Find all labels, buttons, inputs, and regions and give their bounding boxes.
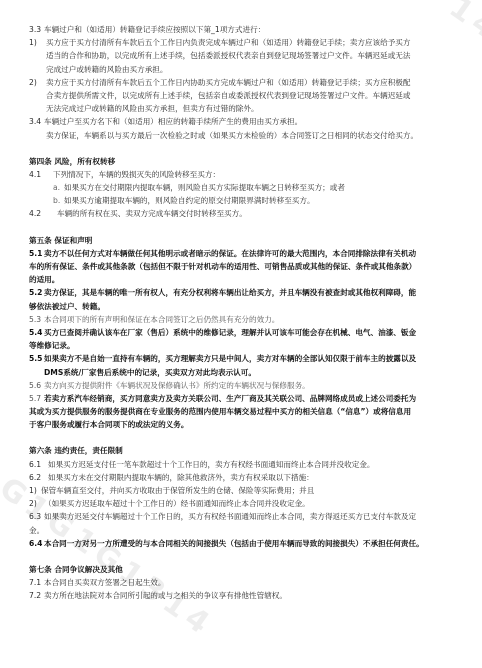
clause-text: 本合同项下的所有声明和保证在本合同签订之后仍然具有充分的效力。 [44, 315, 279, 324]
item-text: 如果买方逾期提取车辆的，则风险自约定的原交付期限界满时转移至买方。 [64, 196, 315, 205]
clause-3-3-item-2: 2)卖方应于买方付清所有车款后五个工作日内协助买方完成车辆过户和（如适用）转籍登… [29, 76, 457, 116]
clause-text: 本合同自买卖双方签署之日起生效。 [44, 578, 166, 587]
item-text: 卖方应于买方付清所有车款后五个工作日内协助买方完成车辆过户和（如适用）转籍登记手… [46, 78, 411, 87]
clause-text: 本合同一方对另一方所遭受的与本合同相关的间接损失（包括由于使用车辆而导致的间接损… [44, 539, 424, 548]
clause-number: 3.4 [29, 115, 44, 128]
contract-page: 3.3车辆过户和（如适用）转籍登记手续应按照以下第_1项方式进行： 1)买方应于… [29, 23, 457, 603]
item-text: 无法完成过户或转籍的风险由买方承担，但卖方有过错的除外。 [29, 102, 457, 115]
section-4-title: 第四条 风险，所有权转移 [29, 155, 457, 168]
item-letter: b. [53, 194, 64, 207]
clause-5-2: 5.2卖方保证，其是车辆的唯一所有权人，有充分权利将车辆出让给买方，并且车辆没有… [29, 286, 457, 312]
clause-number: 5.4 [29, 326, 44, 339]
clause-number: 7.1 [29, 576, 44, 589]
clause-text: 车辆的所有权在买、卖双方完成车辆交付时转移至买方。 [57, 209, 247, 218]
clause-text: 金。 [29, 524, 457, 537]
clause-5-1: 5.1卖方不以任何方式对车辆做任何其他明示或者暗示的保证。在法律许可的最大范围内… [29, 247, 457, 287]
clause-3-4: 3.4车辆过户至买方名下和（如适用）相应的转籍手续所产生的费用由买方承担。 [29, 115, 457, 128]
clause-text: 卖方不以任何方式对车辆做任何其他明示或者暗示的保证。在法律许可的最大范围内，本合… [44, 249, 416, 258]
clause-7-2: 7.2卖方所在地法院对本合同所引起的或与之相关的争议享有排他性管辖权。 [29, 589, 457, 602]
clause-text: 如果卖方不是自始一直持有车辆的，买方理解卖方只是中间人，卖方对车辆的全部认知仅限… [44, 354, 416, 363]
clause-text: 如果买方迟延支付任一笔车款超过十个工作日的，卖方有权经书面通知而终止本合同并没收… [48, 460, 375, 469]
clause-text: 车的所有保证、条件或其他条款（包括但不限于针对机动车的适用性、可销售品质或其他的… [29, 260, 457, 273]
clause-text: 买方已查阅并确认该车在厂家（售后）系统中的维修记录，理解并认可该车可能会存在机械… [44, 328, 416, 337]
clause-number: 5.3 [29, 313, 44, 326]
clause-number: 6.4 [29, 537, 44, 550]
clause-4-1-a: a.如果买方在交付期限内提取车辆，则风险自买方实际提取车辆之日转移至买方；或者 [29, 181, 457, 194]
clause-number: 6.3 [29, 510, 44, 523]
clause-4-1-b: b.如果买方逾期提取车辆的，则风险自约定的原交付期限界满时转移至买方。 [29, 194, 457, 207]
clause-text: DMS系统/厂家售后系统中的记录，买卖双方对此均表示认可。 [29, 366, 457, 379]
clause-4-1: 4.1下列情况下，车辆的毁损灭失的风险转移至买方： [29, 168, 457, 181]
clause-text: 等维修记录。 [29, 339, 457, 352]
clause-text: 卖方向买方提供附件《车辆状况及保修确认书》所约定的车辆状况与保修服务。 [44, 381, 310, 390]
item-number: 2) [29, 76, 46, 89]
section-7-title: 第七条 合同争议解决及其他 [29, 563, 457, 576]
clause-text: 若卖方系汽车经销商，买方同意卖方及卖方关联公司、生产厂商及其关联公司、品牌网络成… [44, 394, 416, 403]
clause-6-3: 6.3如果卖方迟延交付车辆超过十个工作日的，买方有权经书面通知而终止本合同，卖方… [29, 510, 457, 536]
item-number: 1) [29, 484, 41, 497]
clause-text: 的适用。 [29, 273, 457, 286]
clause-6-1: 6.1如果买方迟延支付任一笔车款超过十个工作日的，卖方有权经书面通知而终止本合同… [29, 458, 457, 471]
clause-number: 4.2 [29, 207, 57, 220]
item-number: 2) [29, 497, 44, 510]
clause-text: 如果买方未在交付期限内提取车辆的，除其他救济外，卖方有权采取以下措施： [48, 473, 314, 482]
item-text: 完成过户或转籍的风险由买方承担。 [29, 63, 457, 76]
clause-text: 于客户服务或履行本合同项下的或法定的义务。 [29, 418, 457, 431]
clause-6-2: 6.2如果买方未在交付期限内提取车辆的，除其他救济外，卖方有权采取以下措施： [29, 471, 457, 484]
clause-text: 车辆过户和（如适用）转籍登记手续应按照以下第_1项方式进行： [44, 25, 265, 34]
clause-number: 6.1 [29, 458, 48, 471]
section-5-title: 第五条 保证和声明 [29, 234, 457, 247]
clause-number: 5.2 [29, 286, 44, 299]
clause-5-3: 5.3本合同项下的所有声明和保证在本合同签订之后仍然具有充分的效力。 [29, 313, 457, 326]
clause-number: 5.7 [29, 392, 44, 405]
item-text: （如果买方迟延取车超过十个工作日的）经书面通知而终止本合同并没收定金。 [44, 499, 310, 508]
clause-text: 其或为买方提供服务的服务提供商在专业服务的范围内使用车辆交易过程中买方的相关信息… [29, 405, 457, 418]
clause-text: 下列情况下，车辆的毁损灭失的风险转移至买方： [53, 170, 220, 179]
clause-6-2-item-2: 2)（如果买方迟延取车超过十个工作日的）经书面通知而终止本合同并没收定金。 [29, 497, 457, 510]
item-number: 1) [29, 36, 46, 49]
clause-number: 3.3 [29, 23, 44, 36]
item-text: 如果买方在交付期限内提取车辆，则风险自买方实际提取车辆之日转移至买方；或者 [64, 183, 345, 192]
clause-number: 5.5 [29, 352, 44, 365]
seller-guarantee-text: 卖方保证，车辆系以与买方最后一次检验之时或（如果买方未检验的）本合同签订之日相同… [29, 129, 457, 142]
section-6-title: 第六条 违约责任，责任限制 [29, 444, 457, 457]
clause-text: 够依法被过户、转籍。 [29, 300, 457, 313]
clause-5-5: 5.5如果卖方不是自始一直持有车辆的，买方理解卖方只是中间人，卖方对车辆的全部认… [29, 352, 457, 378]
clause-5-4: 5.4买方已查阅并确认该车在厂家（售后）系统中的维修记录，理解并认可该车可能会存… [29, 326, 457, 352]
item-letter: a. [53, 181, 64, 194]
clause-number: 4.1 [29, 168, 53, 181]
item-text: 合卖方提供所需文件，以完成所有上述手续，包括亲自或委派授权代表到登记现场签署过户… [29, 89, 457, 102]
clause-4-2: 4.2车辆的所有权在买、卖双方完成车辆交付时转移至买方。 [29, 207, 457, 220]
clause-6-4: 6.4本合同一方对另一方所遭受的与本合同相关的间接损失（包括由于使用车辆而导致的… [29, 537, 457, 550]
clause-text: 卖方所在地法院对本合同所引起的或与之相关的争议享有排他性管辖权。 [44, 591, 287, 600]
clause-text: 卖方保证，其是车辆的唯一所有权人，有充分权利将车辆出让给买方，并且车辆没有被查封… [44, 288, 416, 297]
clause-6-2-item-1: 1)保管车辆直至交付，并向买方收取由于保管所发生的仓储、保险等实际费用；并且 [29, 484, 457, 497]
clause-number: 6.2 [29, 471, 48, 484]
item-text: 保管车辆直至交付，并向买方收取由于保管所发生的仓储、保险等实际费用；并且 [41, 486, 314, 495]
clause-text: 如果卖方迟延交付车辆超过十个工作日的，买方有权经书面通知而终止本合同，卖方得返还… [44, 512, 416, 521]
clause-7-1: 7.1本合同自买卖双方签署之日起生效。 [29, 576, 457, 589]
clause-text: 车辆过户至买方名下和（如适用）相应的转籍手续所产生的费用由买方承担。 [44, 117, 302, 126]
clause-3-3-item-1: 1)买方应于买方付清所有车款后五个工作日内负责完成车辆过户和（如适用）转籍登记手… [29, 36, 457, 76]
item-text: 买方应于买方付清所有车款后五个工作日内负责完成车辆过户和（如适用）转籍登记手续；… [46, 38, 411, 47]
clause-number: 5.1 [29, 247, 44, 260]
clause-5-7: 5.7若卖方系汽车经销商，买方同意卖方及卖方关联公司、生产厂商及其关联公司、品牌… [29, 392, 457, 432]
clause-number: 5.6 [29, 379, 44, 392]
item-text: 适当的合作和协助，以完成所有上述手续，包括委派授权代表亲自到登记现场签署过户文件… [29, 49, 457, 62]
clause-5-6: 5.6卖方向买方提供附件《车辆状况及保修确认书》所约定的车辆状况与保修服务。 [29, 379, 457, 392]
clause-3-3: 3.3车辆过户和（如适用）转籍登记手续应按照以下第_1项方式进行： [29, 23, 457, 36]
clause-number: 7.2 [29, 589, 44, 602]
